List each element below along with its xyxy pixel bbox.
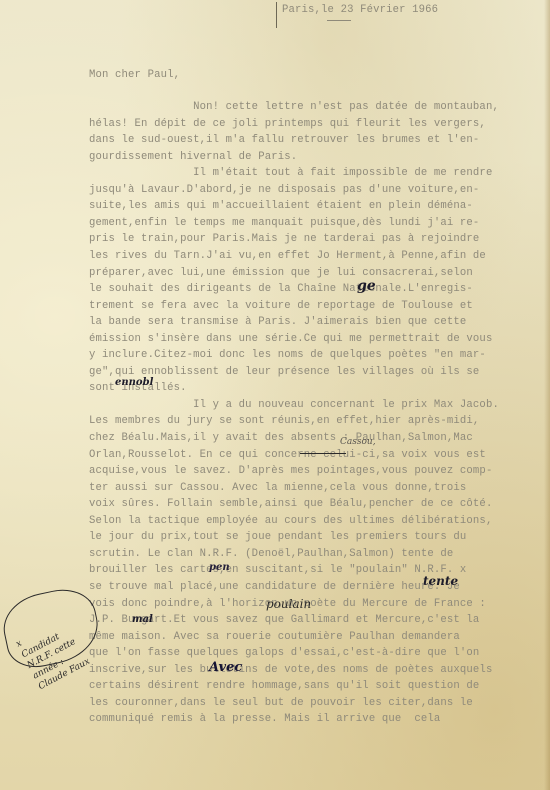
letter-line: le souhait des dirigeants de la Chaîne N… xyxy=(89,282,473,296)
letter-line: Les membres du jury se sont réunis,en ef… xyxy=(89,414,479,428)
letter-line: préparer,avec lui,une émission que je lu… xyxy=(89,266,473,280)
letter-line: certains désirent rendre hommage,sans qu… xyxy=(89,679,479,693)
letter-line: voix sûres. Follain semble,ainsi que Béa… xyxy=(89,497,492,511)
handwritten-insert-cassou: Cassou, xyxy=(340,437,376,447)
letter-line: émission s'insère dans une série.Ce qui … xyxy=(89,332,492,346)
letter-line: trement se fera avec la voiture de repor… xyxy=(89,299,473,313)
letter-line: inscrive,sur les bulletins de vote,des n… xyxy=(89,663,492,677)
margin-rule xyxy=(276,2,277,28)
letter-line: chez Béalu.Mais,il y avait des absents :… xyxy=(89,431,473,445)
letter-line: Il y a du nouveau concernant le prix Max… xyxy=(89,398,499,412)
page-edge-shadow xyxy=(544,0,550,790)
insert-arrow xyxy=(300,453,346,454)
letter-line: dans le sud-ouest,il m'a fallu retrouver… xyxy=(89,133,479,147)
letter-line: Il m'était tout à fait impossible de me … xyxy=(89,166,492,180)
letter-line: le jour du prix,tout se joue pendant les… xyxy=(89,530,466,544)
letter-line: que l'on fasse quelques galops d'essai,c… xyxy=(89,646,479,660)
letter-line: la bande sera transmise à Paris. J'aimer… xyxy=(89,315,466,329)
letter-line: brouiller les cartes,en suscitant,si le … xyxy=(89,563,466,577)
letter-line: Selon la tactique employée au cours des … xyxy=(89,514,492,528)
letter-line: acquise,vous le savez. D'après mes point… xyxy=(89,464,492,478)
letter-line: gement,enfin le temps me manquait puisqu… xyxy=(89,216,479,230)
letter-line: y inclure.Citez-moi donc les noms de que… xyxy=(89,348,486,362)
handwritten-ennobl: ennobl xyxy=(115,377,153,388)
handwritten-tente: tente xyxy=(423,574,458,588)
letter-line: se trouve mal placé,une candidature de d… xyxy=(89,580,460,594)
letter-line: même maison. Avec sa rouerie coutumière … xyxy=(89,630,460,644)
handwritten-avec: Avec xyxy=(209,660,242,675)
letter-line: hélas! En dépit de ce joli printemps qui… xyxy=(89,117,486,131)
letter-line: suite,les amis qui m'accueillaient étaie… xyxy=(89,199,473,213)
letter-line: ter aussi sur Cassou. Avec la mienne,cel… xyxy=(89,481,466,495)
letter-line: Non! cette lettre n'est pas datée de mon… xyxy=(89,100,499,114)
letter-line: jusqu'à Lavaur.D'abord,je ne disposais p… xyxy=(89,183,479,197)
letter-line: gourdissement hivernal de Paris. xyxy=(89,150,297,164)
salutation: Mon cher Paul, xyxy=(89,68,180,82)
letter-line: pris le train,pour Paris.Mais je ne tard… xyxy=(89,232,479,246)
letter-line: les rives du Tarn.J'ai vu,en effet Jo He… xyxy=(89,249,486,263)
dateline: Paris,le 23 Février 1966 xyxy=(282,3,438,17)
letter-line: les couronner,dans le seul but de pouvoi… xyxy=(89,696,473,710)
handwritten-pendant: pen xyxy=(209,562,230,573)
handwritten-poulain: poulain xyxy=(266,597,311,611)
letter-line: scrutin. Le clan N.R.F. (Denoël,Paulhan,… xyxy=(89,547,453,561)
handwritten-mal: mal xyxy=(132,614,153,625)
letter-line: Orlan,Rousselot. En ce qui concerne celu… xyxy=(89,448,486,462)
dateline-underline xyxy=(327,20,351,21)
letter-line: communiqué remis à la presse. Mais il ar… xyxy=(89,712,440,726)
handwritten-ge: ge xyxy=(357,278,376,294)
